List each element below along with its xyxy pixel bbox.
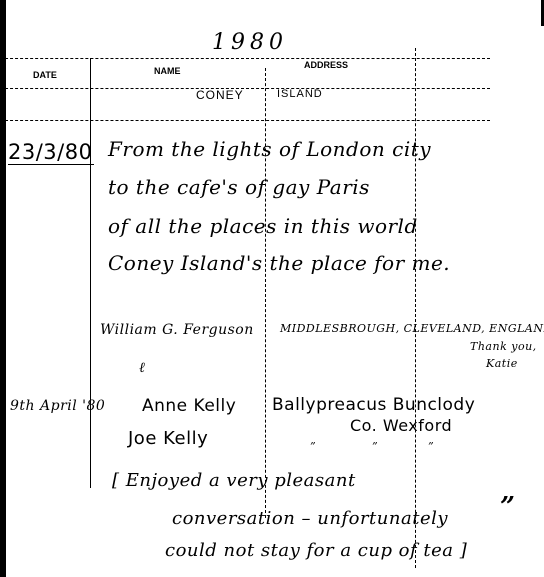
entry-2-comment-line-1: [ Enjoyed a very pleasant [112,470,356,491]
entry-1-mark: ℓ [139,360,145,377]
scan-edge-left [0,0,6,577]
entry-2-comment-line-3: could not stay for a cup of tea ] [165,540,467,561]
entry-2-address-line-2: Co. Wexford [350,416,452,435]
entry-2-name-1: Anne Kelly [142,396,236,416]
rule-top [0,58,490,59]
rule-header-bottom [0,88,490,89]
entry-2-ditto-3: ” [428,440,434,453]
entry-2-date: 9th April '80 [10,398,105,414]
rule-row-1 [0,120,490,121]
entry-1-poem-line-4: Coney Island's the place for me. [108,251,450,275]
entry-2-address-line-1: Ballypreacus Bunclody [272,395,475,415]
entry-1-poem-line-2: to the cafe's of gay Paris [108,175,370,199]
entry-1-address: MIDDLESBROUGH, CLEVELAND, ENGLAND. [280,322,544,335]
entry-2-quote-mark: ” [500,492,515,522]
entry-1-signature: William G. Ferguson [100,322,254,338]
rule-date-name [90,58,91,488]
column-header-name: NAME [154,66,181,76]
entry-2-name-2: Joe Kelly [128,428,208,449]
header-address-entry: ISLAND [277,88,323,100]
header-name-entry: CONEY [196,88,244,102]
entry-2-ditto-2: ” [372,440,378,453]
entry-2-ditto-1: ” [310,440,316,453]
entry-2-comment-line-2: conversation – unfortunately [172,508,448,529]
column-header-date: DATE [33,70,57,80]
entry-1-date: 23/3/80 [8,140,94,164]
year-heading: 1980 [212,30,288,55]
entry-1-date-text: 23/3/80 [8,140,94,165]
entry-1-poem-line-1: From the lights of London city [108,137,431,161]
rule-address-right [415,48,416,568]
entry-1-note-line-1: Thank you, [470,340,537,353]
entry-1-poem-line-3: of all the places in this world [108,214,418,238]
column-header-address: ADDRESS [304,60,348,70]
rule-name-address [265,68,266,518]
entry-1-note-line-2: Katie [486,357,518,370]
